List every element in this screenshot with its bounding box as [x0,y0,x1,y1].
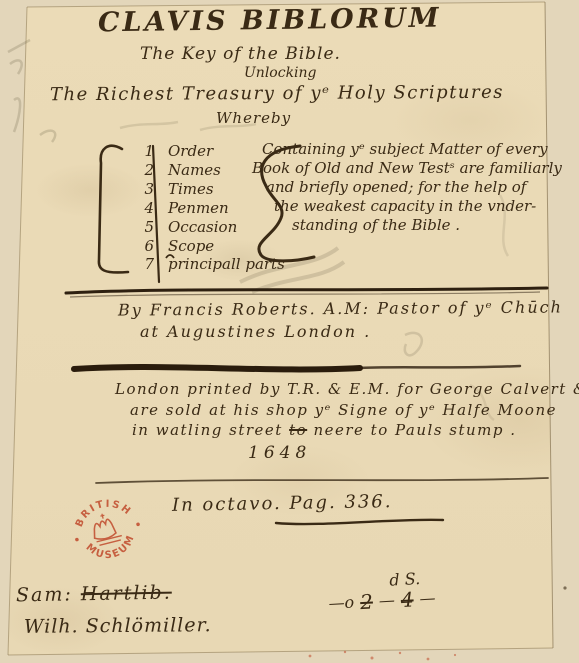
list-item-label: Occasion [168,219,237,236]
manuscript-photo: { "colors": { "paper": "#e9d9b6", "backi… [0,0,579,663]
list-row: 7 principall parts [138,256,285,273]
signature-schloemiller: Wilh. Schlömiller. [24,615,212,638]
list-item-label: Order [168,143,213,160]
treasury-line: The Richest Treasury of yᵉ Holy Scriptur… [50,83,504,105]
list-row: 1 Order [138,143,213,160]
list-row: 3 Times [138,181,214,198]
author-line-1: By Francis Roberts. A.M: Pastor of yᵉ Ch… [118,298,563,319]
description-line: the weakest capacity in the vnder- [274,198,536,215]
list-row: 4 Penmen [138,200,229,217]
list-row: 6 Scope [138,238,214,255]
description-line: and briefly opened; for the help of [266,179,526,196]
list-number: 3 [138,181,154,198]
list-number: 5 [138,219,154,236]
imprint-struck-word: to [289,421,307,439]
description-line: standing of the Bible . [292,217,460,234]
signature-struck-surname: Hartlib. [81,582,172,606]
list-number: 6 [138,238,154,255]
imprint-line-2: are sold at his shop yᵉ Signe of yᵉ Half… [130,402,557,419]
imprint-line-3: in watling street to neere to Pauls stum… [132,422,517,439]
stamp-crown-emblem [89,510,122,546]
author-line-2: at Augustines London . [140,323,371,341]
red-specks [309,651,457,661]
format-note: In octavo. Pag. 336. [172,492,393,516]
description-line: Book of Old and New Testˢ are familiarly [252,160,562,177]
list-number: 7 [138,256,154,273]
list-item-label: Names [168,162,221,179]
shelf-mark-four: 4 [400,588,414,611]
list-number: 2 [138,162,154,179]
imprint-line-1: London printed by T.R. & E.M. for George… [115,381,579,398]
list-item-label: Penmen [168,200,229,217]
description-line: Containing yᵉ subject Matter of every [262,141,548,158]
list-row: 2 Names [138,162,221,179]
list-item-label: Scope [168,238,214,255]
list-row: 5 Occasion [138,219,237,236]
imprint-line-3-pre: in watling street [132,421,289,439]
unlocking-line: Unlocking [244,66,317,81]
imprint-year: 1648 [248,444,311,463]
shelf-mark-dash: —o [328,593,355,612]
list-number: 1 [138,143,154,160]
shelf-mark-two: 2 [360,590,374,613]
shelf-marks: d S. —o 2 — 4 — [327,569,436,614]
list-number: 4 [138,200,154,217]
signature-prefix: Sam: [16,583,81,606]
subtitle: The Key of the Bible. [140,45,341,64]
imprint-line-3-post: neere to Pauls stump . [307,421,516,439]
list-item-label: principall parts [168,256,285,273]
shelf-mark-dash: — [378,591,395,609]
shelf-mark-dash: — [419,589,436,607]
signature-hartlib: Sam: Hartlib. [16,583,172,607]
whereby-line: Whereby [216,110,291,127]
list-item-label: Times [168,181,214,198]
main-title: CLAVIS BIBLORUM [98,4,442,38]
